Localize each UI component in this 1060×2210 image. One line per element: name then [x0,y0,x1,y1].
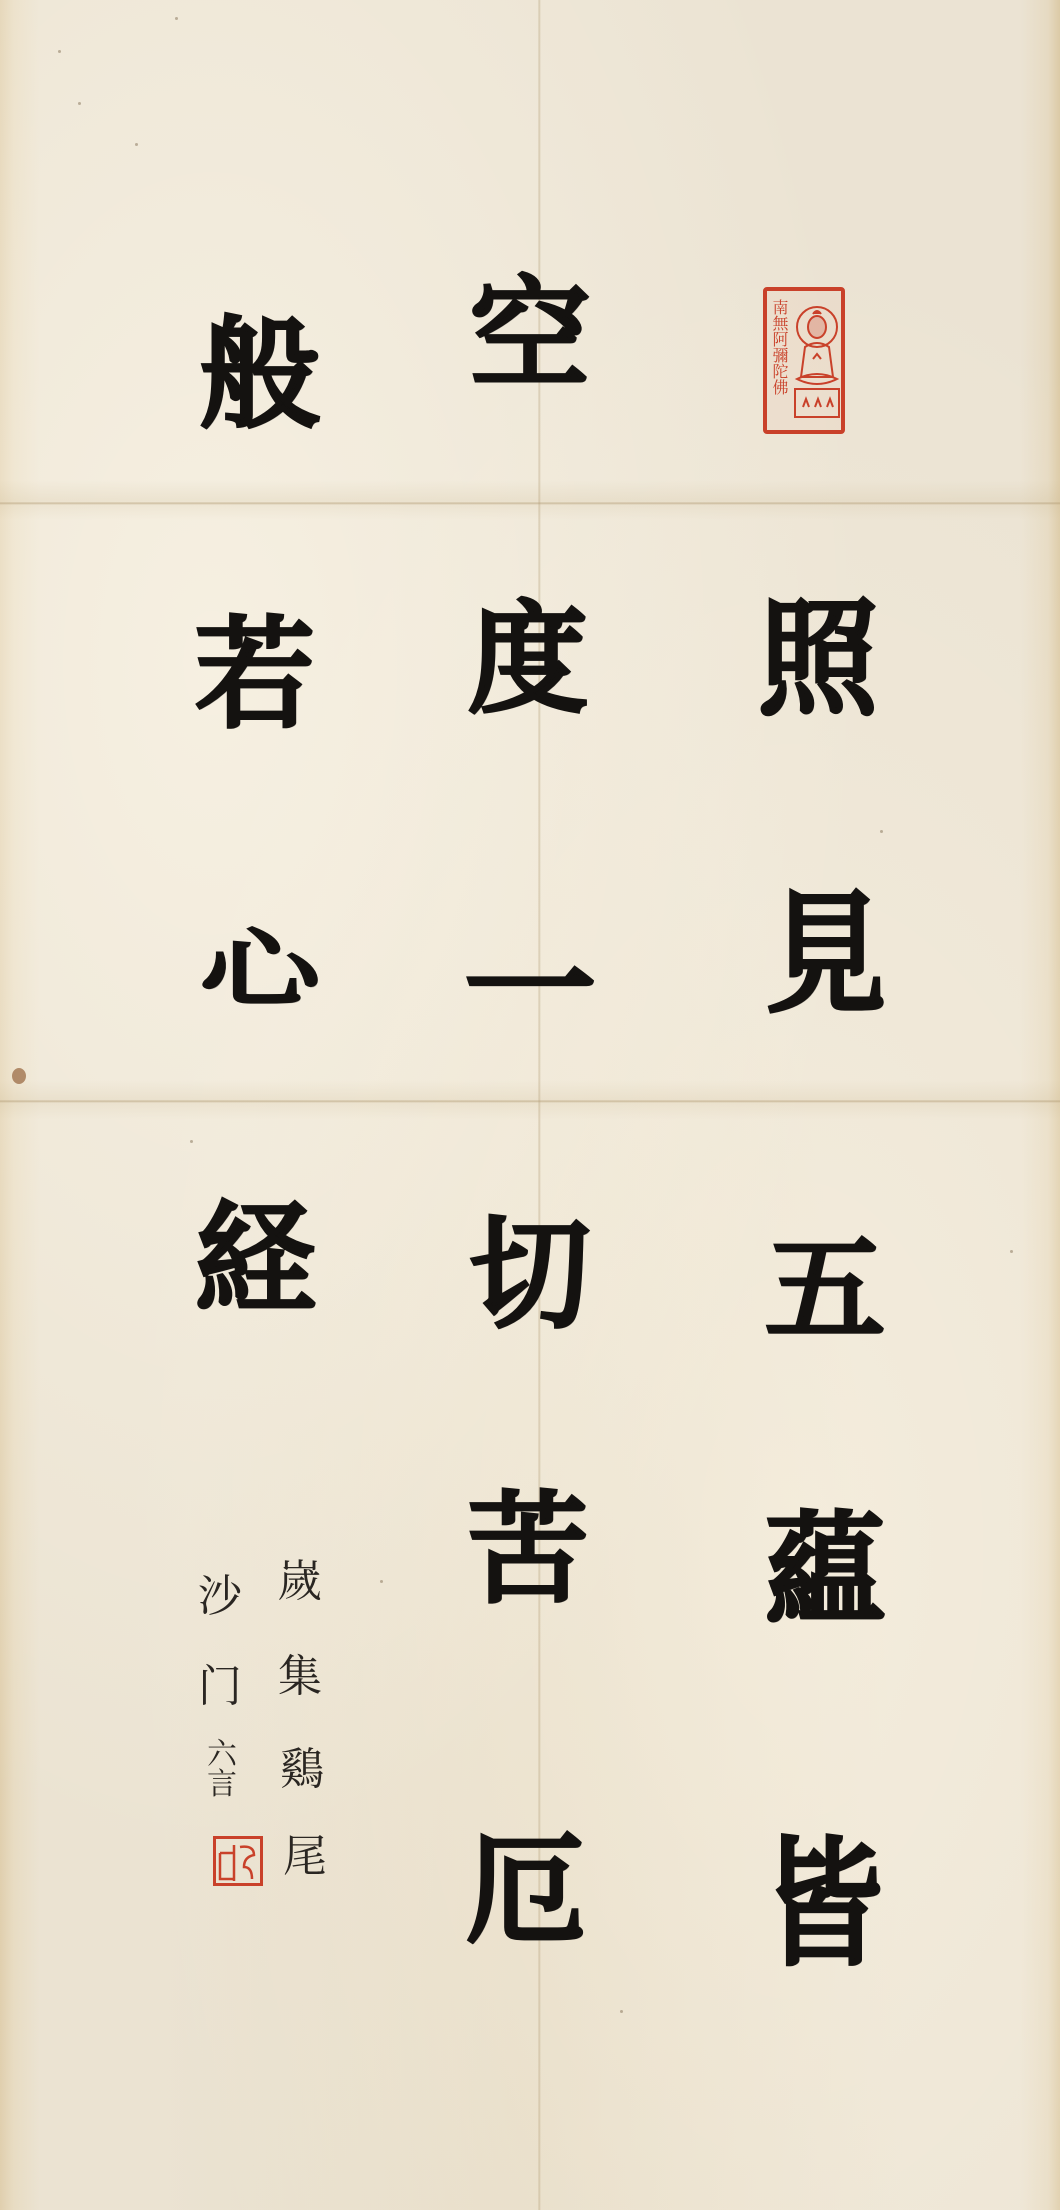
buddha-figure-seal: 南無阿彌陀佛 [763,287,845,434]
square-name-seal [213,1836,263,1886]
paper-speck [58,50,61,53]
inscription-character: 集 [270,1655,330,1699]
calligraphy-character: 心 [170,928,350,1012]
inscription-character: 尾 [275,1835,335,1879]
calligraphy-character: 若 [165,615,345,735]
fold-band [0,480,1060,520]
horizontal-fold-line [0,1100,1060,1103]
paper-speck [380,1580,383,1583]
inscription-character: 嵗 [270,1560,330,1604]
calligraphy-character: 苦 [438,1490,618,1610]
paper-speck [880,830,883,833]
calligraphy-character: 空 [440,275,620,395]
paper-speck [620,2010,623,2013]
calligraphy-character: 一 [431,930,629,1050]
paper-speck [1010,1250,1013,1253]
paper-speck [78,102,81,105]
seal-glyph-icon [216,1839,260,1883]
inscription-character: 言 [192,1770,252,1800]
inscription-character: 门 [190,1665,250,1709]
horizontal-fold-line [0,502,1060,505]
calligraphy-character: 切 [440,1215,620,1335]
calligraphy-character: 般 [170,315,350,435]
calligraphy-character: 経 [165,1200,345,1320]
calligraphy-character: 皆 [733,1836,913,1974]
paper-stain [12,1068,26,1084]
calligraphy-character: 照 [728,597,908,723]
calligraphy-character: 五 [735,1233,915,1347]
paper-speck [190,1140,193,1143]
calligraphy-character: 厄 [436,1830,616,1950]
calligraphy-character: 見 [736,889,916,1021]
calligraphy-character: 藴 [735,1510,915,1630]
inscription-character: 沙 [190,1575,250,1619]
inscription-character: 六 [192,1740,252,1770]
calligraphy-scroll: 照 見 五 藴 皆 空 度 一 切 苦 厄 般 若 心 経 嵗 集 鷄 尾 沙 … [0,0,1060,2210]
seated-buddha-icon [787,297,843,427]
paper-speck [175,17,178,20]
inscription-character: 鷄 [272,1748,332,1792]
paper-speck [135,143,138,146]
calligraphy-character: 度 [438,600,618,720]
